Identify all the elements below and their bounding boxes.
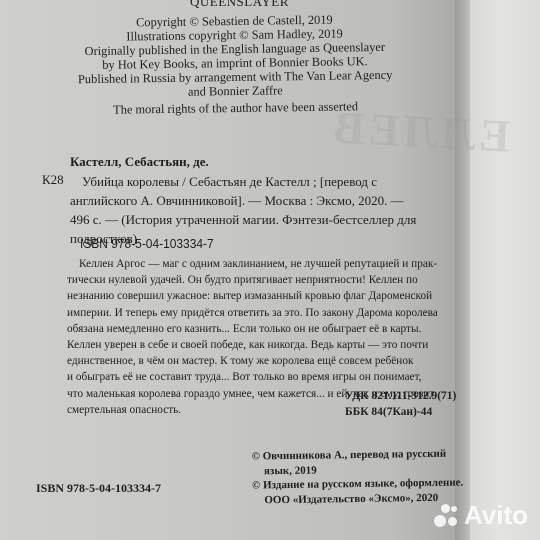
copyright-block: Copyright © Sebastien de Castell, 2019 I… bbox=[0, 11, 471, 119]
annotation-line: империи. И теперь ему придётся ответить … bbox=[67, 305, 447, 321]
avito-dots-icon bbox=[432, 502, 462, 530]
footer-isbn: ISBN 978-5-04-103334-7 bbox=[36, 481, 161, 496]
classification-codes: УДК 821.111-312.9(71) ББК 84(7Кан)-44 bbox=[345, 388, 456, 420]
annotation-line: Келлен уверен в себе и своей победе, как… bbox=[67, 337, 447, 353]
annotation-line: тически нулевой удачей. Он будто притяги… bbox=[67, 272, 447, 288]
annotation-line: незнанию совершил ужасное: вытер измазан… bbox=[67, 288, 447, 304]
catalog-code: К28 bbox=[42, 172, 64, 188]
catalog-author: Кастелл, Себастьян, де. bbox=[70, 154, 209, 170]
annotation-line: обязана немедленно его казнить... Если т… bbox=[67, 321, 447, 337]
facing-page bbox=[470, 0, 540, 540]
avito-brand-text: Avito bbox=[464, 500, 528, 531]
rights-line: © Овчинникова А., перевод на русский bbox=[252, 447, 463, 464]
annotation-line: единственное, в чём он мастер. К тому же… bbox=[67, 353, 447, 369]
catalog-line: Убийца королевы / Себастьян де Кастелл ;… bbox=[70, 172, 440, 191]
catalog-line: 496 с. — (История утраченной магии. Фэнт… bbox=[70, 210, 440, 229]
annotation-line: и обыграть её не составит труда... Вот т… bbox=[67, 369, 447, 385]
book-title-header: QUEENSLAYER bbox=[190, 0, 289, 10]
udk-code: УДК 821.111-312.9(71) bbox=[345, 388, 456, 404]
bbk-code: ББК 84(7Кан)-44 bbox=[345, 404, 456, 420]
avito-watermark: Avito bbox=[432, 500, 528, 531]
catalog-line: английского А. Овчинниковой]. — Москва :… bbox=[70, 191, 440, 210]
annotation-line: Келлен Аргос — маг с одним заклинанием, … bbox=[67, 256, 447, 272]
footer-rights: © Овчинникова А., перевод на русский язы… bbox=[252, 447, 464, 508]
catalog-isbn: ISBN 978-5-04-103334-7 bbox=[80, 236, 214, 251]
